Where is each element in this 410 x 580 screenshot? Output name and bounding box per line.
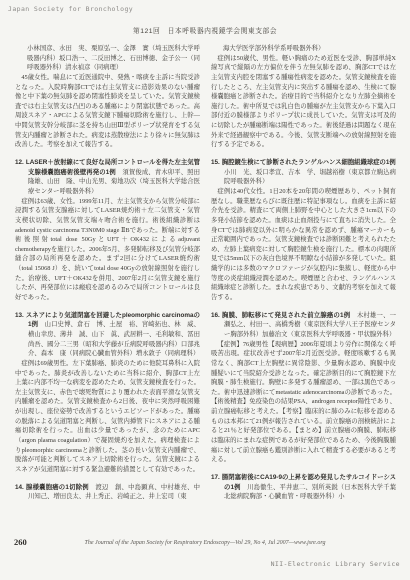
library-service-label: NII-Electronic Library Service: [271, 560, 400, 568]
abstract-body: 症例は40代女性。1日20本を20年間の喫煙歴あり、ペット飼育歴なし。職業歴なら…: [211, 187, 396, 303]
page-title: 第121回 日本呼吸器内視鏡学会関東支部会: [0, 25, 410, 35]
journal-footer-citation: The Journal of the Japan Society for Res…: [0, 540, 410, 546]
abstract-number: 15.: [211, 159, 220, 166]
abstract-title: 腺様嚢胞癌の1切除例: [26, 484, 89, 491]
abstract-11-body-continued: 45歳女性。喘息にて近医通院中、発熱・喀痰を主訴に当院受診となった。入院時胸部C…: [15, 73, 200, 150]
abstract-14-heading: 14.腺様嚢胞癌の1切除例 渡辺 創、中島顕真、中村雄亮、中川知己、増田良太、井…: [15, 483, 200, 502]
abstract-13-heading: 13.スネアにより気道閉塞を回避したpleomorphic carcinomaの…: [15, 311, 200, 359]
scanned-journal-page: Japan Society for Bronchology 第121回 日本呼吸…: [0, 0, 410, 580]
abstract-13: 13.スネアにより気道閉塞を回避したpleomorphic carcinomaの…: [15, 311, 200, 475]
abstract-title: 胸腔鏡生検にて診断されたランゲルハンス細胞組織球症の1例: [222, 159, 396, 166]
abstract-number: 17.: [211, 474, 220, 481]
abstract-body: 症例は69歳男性。左下葉肺癌、肺炎のために他院耳鼻科に入院中であった。肺炎が改善…: [15, 359, 200, 475]
abstract-authors: 川島徹生、平井恵二、別所英鋭（日本医科大学千葉北総病院胸部・心臓血管・呼吸器外科…: [224, 484, 396, 501]
journal-watermark: Japan Society for Bronchology: [8, 5, 133, 13]
column-left: 小林国彦、水田 実、栗原弘一、金澤 實（埼玉医科大学呼吸器内科）坂口浩一、二反田…: [15, 44, 200, 522]
abstract-14: 14.腺様嚢胞癌の1切除例 渡辺 創、中島顕真、中村雄亮、中川知己、増田良太、井…: [15, 483, 200, 502]
abstract-16-heading: 16.胸膜、肺転移にて発見された前立腺癌の1例 木村雄一、一瀬弘之、村田一、高橋…: [211, 311, 396, 340]
abstract-14-body-continued: 症例は50歳代、男性。軽い胸痛のため近医を受診、胸部単純X線写真で縦隔の左方偏位…: [211, 54, 396, 150]
abstract-number: 12.: [15, 159, 24, 166]
abstract-17: 17.腸閉塞術後にCA19-9の上昇を認め発見したサルコイドーシスの1例 川島徹…: [211, 473, 396, 502]
abstract-11-authors-continued: 小林国彦、水田 実、栗原弘一、金澤 實（埼玉医科大学呼吸器内科）坂口浩一、二反田…: [15, 44, 200, 73]
abstract-12-heading: 12.LASER＋放射線にて良好な局所コントロールを得た左主気管支腺様嚢胞癌術後…: [15, 158, 200, 197]
abstract-number: 14.: [15, 484, 24, 491]
abstract-14-affiliation-continued: 海大学医学部外科学系呼吸器外科）: [211, 44, 396, 54]
abstract-15: 15.胸腔鏡生検にて診断されたランゲルハンス細胞組織球症の1例 小川 光、坂口孝…: [211, 158, 396, 303]
abstract-number: 13.: [15, 312, 24, 319]
abstract-body: 【症例】76歳男性【現病歴】2006年夏頃より労作に関係なく呼吸苦出現。症状改善…: [211, 340, 396, 465]
two-column-text-area: 小林国彦、水田 実、栗原弘一、金澤 實（埼玉医科大学呼吸器内科）坂口浩一、二反田…: [15, 44, 396, 522]
abstract-title: 胸膜、肺転移にて発見された前立腺癌の1例: [222, 312, 351, 319]
abstract-authors: 山口史博、倉石 博、土屋 裕、宮崎拓也、林 威、横山幸房、薄井 誠、山下 眞、武…: [28, 321, 200, 357]
column-right: 海大学医学部外科学系呼吸器外科） 症例は50歳代、男性。軽い胸痛のため近医を受診…: [211, 44, 396, 522]
abstract-number: 16.: [211, 312, 220, 319]
abstract-17-heading: 17.腸閉塞術後にCA19-9の上昇を認め発見したサルコイドーシスの1例 川島徹…: [211, 473, 396, 502]
abstract-16: 16.胸膜、肺転移にて発見された前立腺癌の1例 木村雄一、一瀬弘之、村田一、高橋…: [211, 311, 396, 465]
abstract-body: 症例は63歳、女性。1999年11月、左主気管支から気管分岐部に浸潤する気管支腺…: [15, 197, 200, 303]
abstract-12: 12.LASER＋放射線にて良好な局所コントロールを得た左主気管支腺様嚢胞癌術後…: [15, 158, 200, 303]
abstract-15-heading: 15.胸腔鏡生検にて診断されたランゲルハンス細胞組織球症の1例 小川 光、坂口孝…: [211, 158, 396, 187]
